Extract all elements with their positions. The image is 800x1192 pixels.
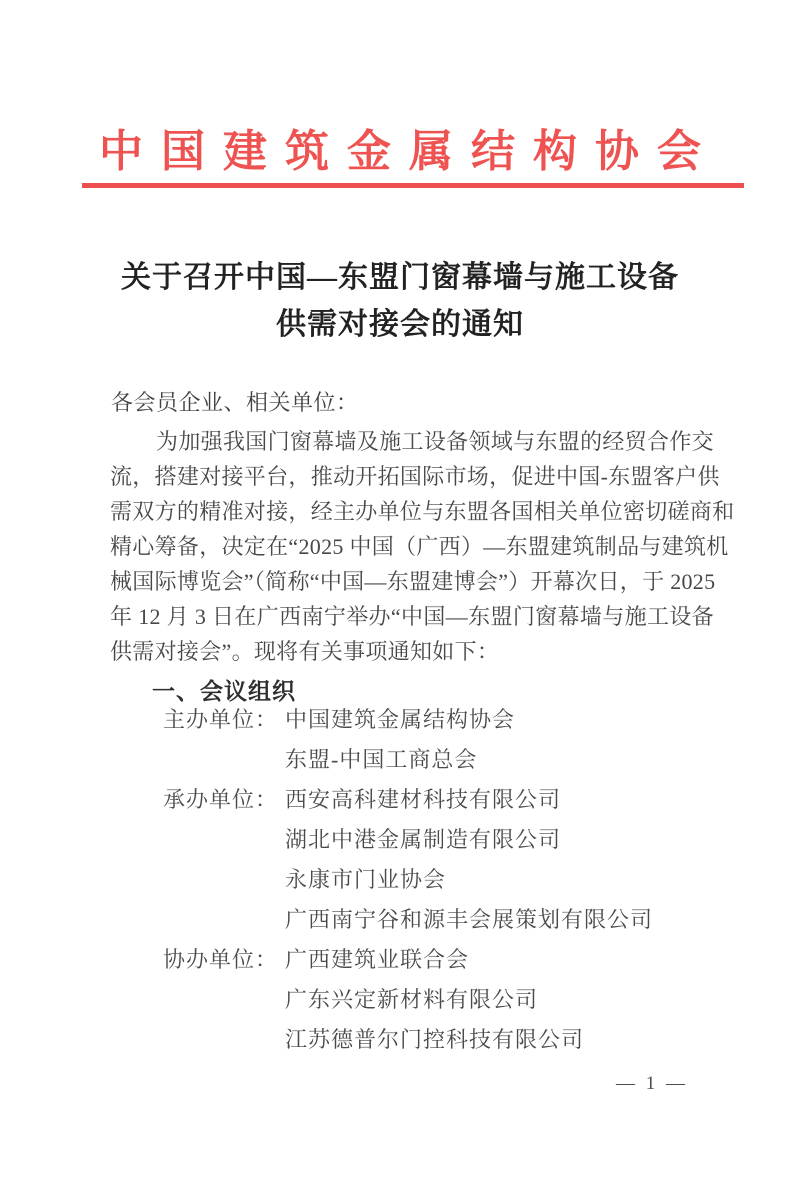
organizer-name: 广西南宁谷和源丰会展策划有限公司 [285, 900, 653, 940]
paragraph-line: 年 12 月 3 日在广西南宁举办“中国—东盟门窗幕墙与施工设备 [110, 599, 714, 634]
organizer-name: 中国建筑金属结构协会 [285, 700, 515, 740]
organizer-name: 江苏德普尔门控科技有限公司 [285, 1020, 584, 1060]
organizer-name: 湖北中港金属制造有限公司 [285, 820, 561, 860]
organizer-row: 广东兴定新材料有限公司 [110, 980, 730, 1020]
document-title-line1: 关于召开中国—东盟门窗幕墙与施工设备 [0, 254, 800, 301]
organizer-role-label: 承办单位： [163, 780, 285, 820]
organizer-role-label [163, 1020, 285, 1060]
body-paragraph: 为加强我国门窗幕墙及施工设备领域与东盟的经贸合作交 流，搭建对接平台，推动开拓国… [110, 424, 714, 669]
organizer-name: 广东兴定新材料有限公司 [285, 980, 538, 1020]
paragraph-line: 流，搭建对接平台，推动开拓国际市场，促进中国-东盟客户供 [110, 459, 714, 494]
organizer-role-label: 主办单位： [163, 700, 285, 740]
organizer-name: 广西建筑业联合会 [285, 940, 469, 980]
organizer-role-label [163, 980, 285, 1020]
organizer-row: 广西南宁谷和源丰会展策划有限公司 [110, 900, 730, 940]
paragraph-line: 需双方的精准对接，经主办单位与东盟各国相关单位密切磋商和 [110, 494, 714, 529]
organizer-row: 承办单位： 西安高科建材科技有限公司 [110, 780, 730, 820]
document-page: 中国建筑金属结构协会 关于召开中国—东盟门窗幕墙与施工设备 供需对接会的通知 各… [0, 0, 800, 1192]
organizer-row: 协办单位： 广西建筑业联合会 [110, 940, 730, 980]
organizer-row: 江苏德普尔门控科技有限公司 [110, 1020, 730, 1060]
organizer-role-label [163, 900, 285, 940]
salutation: 各会员企业、相关单位： [111, 388, 359, 418]
organizer-name: 东盟-中国工商总会 [285, 740, 477, 780]
paragraph-line: 为加强我国门窗幕墙及施工设备领域与东盟的经贸合作交 [110, 424, 714, 459]
organizer-row: 主办单位： 中国建筑金属结构协会 [110, 700, 730, 740]
document-title-line2: 供需对接会的通知 [0, 301, 800, 348]
paragraph-line: 械国际博览会”（简称“中国—东盟建博会”）开幕次日，于 2025 [110, 564, 714, 599]
document-title: 关于召开中国—东盟门窗幕墙与施工设备 供需对接会的通知 [0, 254, 800, 348]
letterhead-rule [82, 183, 744, 188]
organizer-role-label [163, 860, 285, 900]
organizer-role-label [163, 740, 285, 780]
page-number: — 1 — [616, 1072, 688, 1096]
organizer-role-label: 协办单位： [163, 940, 285, 980]
organizer-row: 湖北中港金属制造有限公司 [110, 820, 730, 860]
organizer-row: 永康市门业协会 [110, 860, 730, 900]
paragraph-line: 供需对接会”。现将有关事项通知如下： [110, 634, 714, 669]
organizer-name: 西安高科建材科技有限公司 [285, 780, 561, 820]
letterhead-org-name: 中国建筑金属结构协会 [0, 126, 800, 178]
organizer-list: 主办单位： 中国建筑金属结构协会 东盟-中国工商总会 承办单位： 西安高科建材科… [110, 700, 730, 1060]
paragraph-line: 精心筹备，决定在“2025 中国（广西）—东盟建筑制品与建筑机 [110, 529, 714, 564]
organizer-row: 东盟-中国工商总会 [110, 740, 730, 780]
organizer-name: 永康市门业协会 [285, 860, 446, 900]
organizer-role-label [163, 820, 285, 860]
